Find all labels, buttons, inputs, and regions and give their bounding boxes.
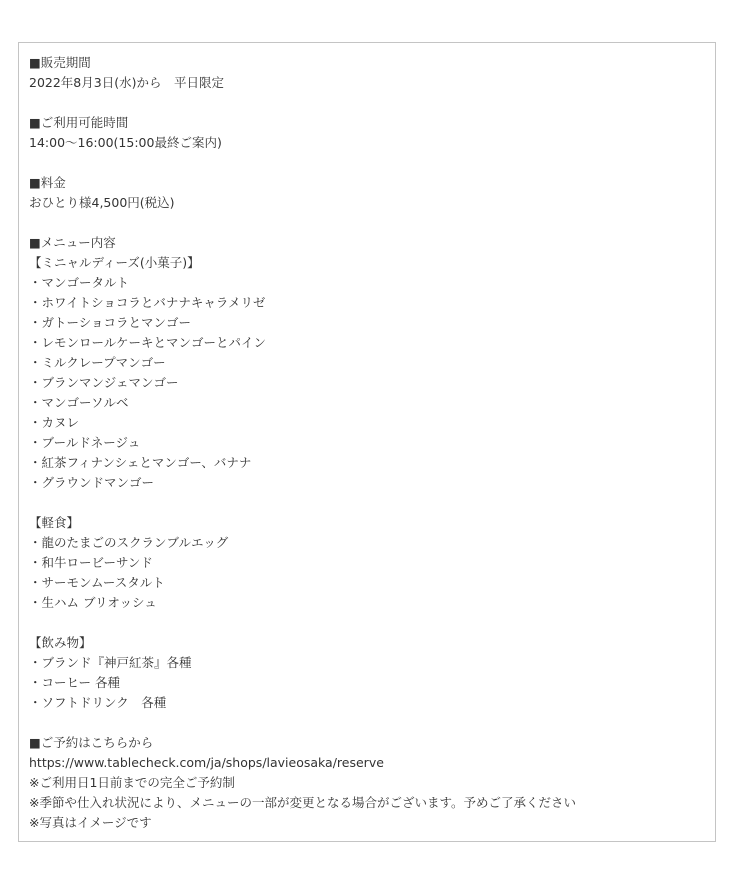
drinks-title: 【飲み物】 — [29, 633, 705, 653]
list-item: ・ソフトドリンク 各種 — [29, 693, 705, 713]
list-item: ・サーモンムースタルト — [29, 573, 705, 593]
spacer — [29, 713, 705, 733]
light-meal-title: 【軽食】 — [29, 513, 705, 533]
spacer — [29, 93, 705, 113]
list-item: ・和牛ロービーサンド — [29, 553, 705, 573]
reservation-heading: ■ご予約はこちらから — [29, 733, 705, 753]
list-item: ・ガトーショコラとマンゴー — [29, 313, 705, 333]
list-item: ・ブールドネージュ — [29, 433, 705, 453]
list-item: ・ホワイトショコラとバナナキャラメリゼ — [29, 293, 705, 313]
spacer — [29, 493, 705, 513]
reservation-link[interactable]: https://www.tablecheck.com/ja/shops/lavi… — [29, 755, 384, 770]
list-item: ・カヌレ — [29, 413, 705, 433]
sweets-title: 【ミニャルディーズ(小菓子)】 — [29, 253, 705, 273]
menu-heading: ■メニュー内容 — [29, 233, 705, 253]
list-item: ・紅茶フィナンシェとマンゴー、バナナ — [29, 453, 705, 473]
spacer — [29, 613, 705, 633]
spacer — [29, 153, 705, 173]
list-item: ・マンゴーソルベ — [29, 393, 705, 413]
list-item: ・龍のたまごのスクランブルエッグ — [29, 533, 705, 553]
menu-info-content: ■販売期間 2022年8月3日(水)から 平日限定 ■ご利用可能時間 14:00… — [29, 53, 705, 833]
available-hours-heading: ■ご利用可能時間 — [29, 113, 705, 133]
price-text: おひとり様4,500円(税込) — [29, 193, 705, 213]
reservation-note: ※季節や仕入れ状況により、メニューの一部が変更となる場合がございます。予めご了承… — [29, 793, 705, 813]
reservation-note: ※ご利用日1日前までの完全ご予約制 — [29, 773, 705, 793]
reservation-note: ※写真はイメージです — [29, 813, 705, 833]
list-item: ・マンゴータルト — [29, 273, 705, 293]
list-item: ・ミルクレープマンゴー — [29, 353, 705, 373]
list-item: ・ブランマンジェマンゴー — [29, 373, 705, 393]
spacer — [29, 213, 705, 233]
sales-period-text: 2022年8月3日(水)から 平日限定 — [29, 73, 705, 93]
menu-info-box: ■販売期間 2022年8月3日(水)から 平日限定 ■ご利用可能時間 14:00… — [18, 42, 716, 842]
sales-period-heading: ■販売期間 — [29, 53, 705, 73]
list-item: ・レモンロールケーキとマンゴーとパイン — [29, 333, 705, 353]
list-item: ・グラウンドマンゴー — [29, 473, 705, 493]
list-item: ・コーヒー 各種 — [29, 673, 705, 693]
list-item: ・ブランド『神戸紅茶』各種 — [29, 653, 705, 673]
available-hours-text: 14:00～16:00(15:00最終ご案内) — [29, 133, 705, 153]
price-heading: ■料金 — [29, 173, 705, 193]
list-item: ・生ハム ブリオッシュ — [29, 593, 705, 613]
